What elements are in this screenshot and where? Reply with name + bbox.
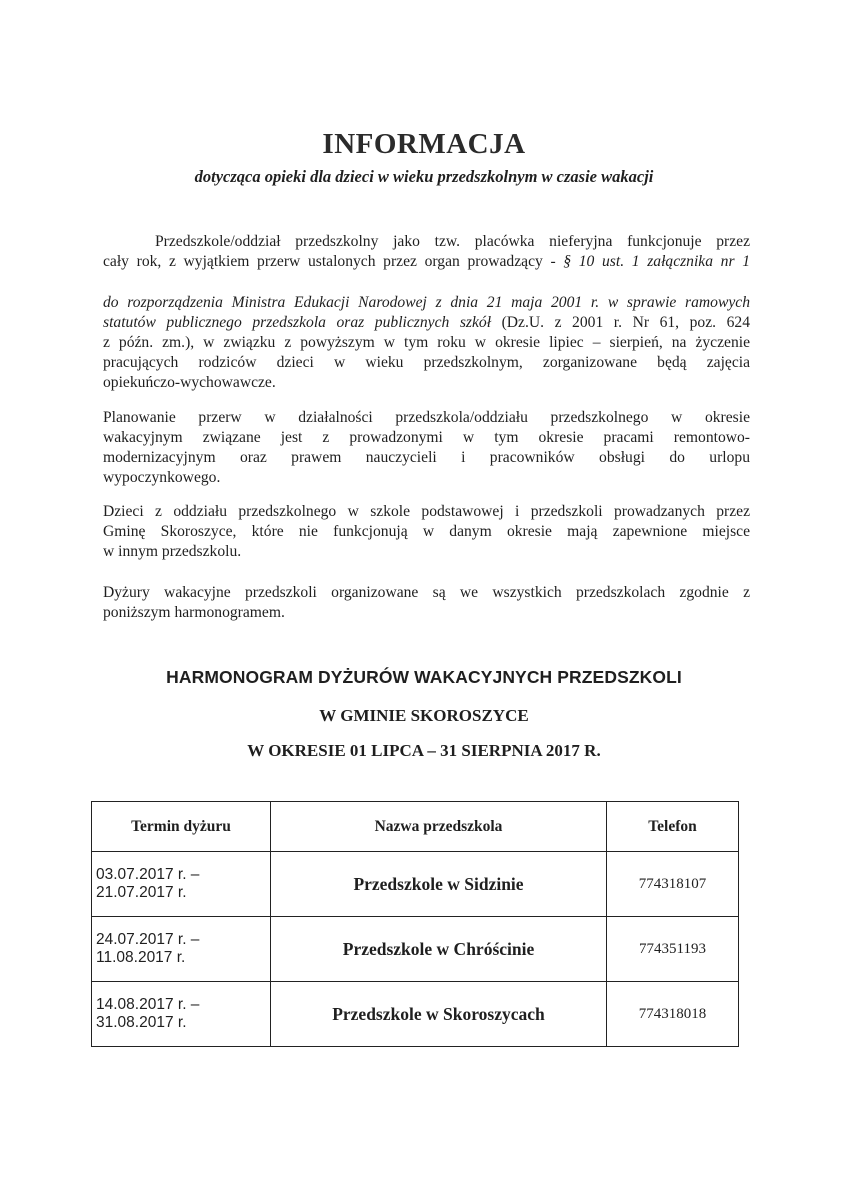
paragraph-line: opiekuńczo-wychowawcze. — [103, 373, 750, 393]
cell-phone: 774351193 — [607, 917, 739, 982]
paragraph-line: poniższym harmonogramem. — [103, 603, 750, 623]
paragraph-line: modernizacyjnym oraz prawem nauczycieli … — [103, 448, 750, 468]
paragraph-line: Gminę Skoroszyce, które nie funkcjonują … — [103, 522, 750, 542]
cell-term: 14.08.2017 r. – 31.08.2017 r. — [92, 982, 271, 1047]
paragraph-intro: Przedszkole/oddział przedszkolny jako tz… — [103, 232, 750, 272]
cell-phone: 774318018 — [607, 982, 739, 1047]
paragraph-line: w innym przedszkolu. — [103, 542, 750, 562]
cell-name: Przedszkole w Sidzinie — [271, 852, 607, 917]
schedule-subheading-period: W OKRESIE 01 LIPCA – 31 SIERPNIA 2017 R. — [0, 741, 848, 761]
column-header-name: Nazwa przedszkola — [271, 802, 607, 852]
cell-term: 24.07.2017 r. – 11.08.2017 r. — [92, 917, 271, 982]
paragraph-line: z późn. zm.), w związku z powyższym w ty… — [103, 333, 750, 353]
paragraph-line: statutów publicznego przedszkola oraz pu… — [103, 313, 750, 333]
column-header-term: Termin dyżuru — [92, 802, 271, 852]
table-row: 24.07.2017 r. – 11.08.2017 r. Przedszkol… — [92, 917, 739, 982]
legal-reference: statutów publicznego przedszkola oraz pu… — [103, 314, 491, 331]
table-row: 14.08.2017 r. – 31.08.2017 r. Przedszkol… — [92, 982, 739, 1047]
cell-term: 03.07.2017 r. – 21.07.2017 r. — [92, 852, 271, 917]
paragraph-line: cały rok, z wyjątkiem przerw ustalonych … — [103, 252, 750, 272]
cell-name: Przedszkole w Skoroszycach — [271, 982, 607, 1047]
paragraph-planning: Planowanie przerw w działalności przedsz… — [103, 408, 750, 488]
document-title: INFORMACJA — [0, 128, 848, 161]
document-subtitle: dotycząca opieki dla dzieci w wieku prze… — [0, 167, 848, 187]
document-page: INFORMACJA dotycząca opieki dla dzieci w… — [0, 0, 848, 1200]
column-header-phone: Telefon — [607, 802, 739, 852]
paragraph-line: wypoczynkowego. — [103, 468, 750, 488]
paragraph-intro-continued: do rozporządzenia Ministra Edukacji Naro… — [103, 293, 750, 393]
paragraph-line: Dzieci z oddziału przedszkolnego w szkol… — [103, 502, 750, 522]
schedule-subheading-municipality: W GMINIE SKOROSZYCE — [0, 706, 848, 726]
paragraph-line: Planowanie przerw w działalności przedsz… — [103, 408, 750, 428]
table-header-row: Termin dyżuru Nazwa przedszkola Telefon — [92, 802, 739, 852]
paragraph-line: Dyżury wakacyjne przedszkoli organizowan… — [103, 583, 750, 603]
paragraph-children: Dzieci z oddziału przedszkolnego w szkol… — [103, 502, 750, 562]
schedule-heading: HARMONOGRAM DYŻURÓW WAKACYJNYCH PRZEDSZK… — [0, 667, 848, 688]
text-plain: cały rok, z wyjątkiem przerw ustalonych … — [103, 253, 563, 270]
paragraph-line: Przedszkole/oddział przedszkolny jako tz… — [103, 232, 750, 252]
cell-phone: 774318107 — [607, 852, 739, 917]
paragraph-duty: Dyżury wakacyjne przedszkoli organizowan… — [103, 583, 750, 623]
legal-reference: do rozporządzenia Ministra Edukacji Naro… — [103, 293, 750, 313]
table-row: 03.07.2017 r. – 21.07.2017 r. Przedszkol… — [92, 852, 739, 917]
text-plain: (Dz.U. z 2001 r. Nr 61, poz. 624 — [491, 314, 750, 331]
cell-name: Przedszkole w Chróścinie — [271, 917, 607, 982]
paragraph-line: wakacyjnym związane jest z prowadzonymi … — [103, 428, 750, 448]
paragraph-line: pracujących rodziców dzieci w wieku prze… — [103, 353, 750, 373]
schedule-table: Termin dyżuru Nazwa przedszkola Telefon … — [91, 801, 739, 1047]
legal-reference: § 10 ust. 1 załącznika nr 1 — [563, 253, 750, 270]
